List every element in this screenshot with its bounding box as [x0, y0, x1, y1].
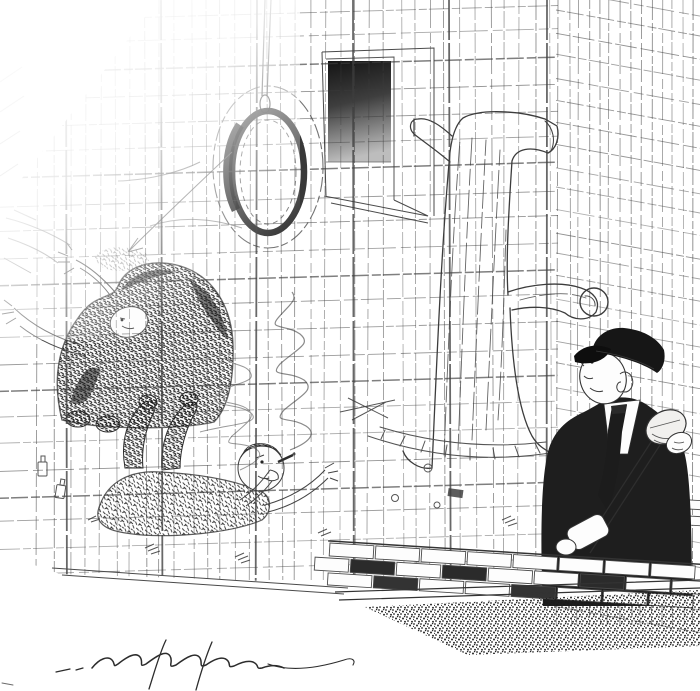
cartoon-stage — [0, 0, 700, 691]
mesh-fade-overlay — [0, 0, 300, 340]
keeper-hand — [556, 539, 576, 555]
ape-foot — [66, 411, 90, 427]
chimp-foot — [180, 392, 198, 406]
cartoon-drawing — [0, 0, 700, 691]
chimp-foot — [139, 395, 157, 409]
window-opening — [328, 61, 391, 162]
